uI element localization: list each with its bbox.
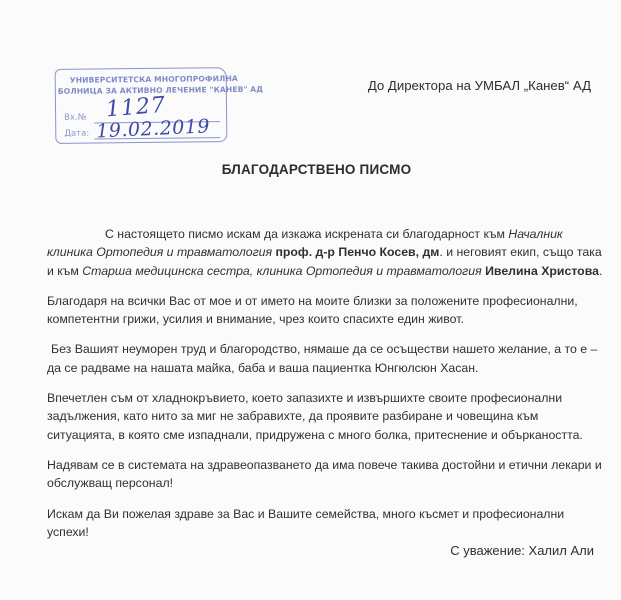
paragraph-5: Надявам се в системата на здравеопазване… [47, 456, 607, 493]
stamp-incoming-label: Вх.№ [64, 113, 87, 123]
letter-body: С настоящето писмо искам да изкажа искре… [47, 225, 607, 553]
stamp-date-label: Дата: [64, 129, 89, 139]
paragraph-2: Благодаря на всички Вас от мое и от имет… [47, 292, 607, 329]
signature: С уважение: Халил Али [450, 543, 594, 558]
addressee: До Директора на УМБАЛ „Канев“ АД [368, 78, 591, 93]
letter-page: УНИВЕРСИТЕТСКА МНОГОПРОФИЛНА БОЛНИЦА ЗА … [0, 0, 621, 600]
paragraph-6: Искам да Ви пожелая здраве за Вас и Ваши… [47, 505, 607, 542]
p1-nurse-name: Ивелина Христова [485, 264, 599, 278]
p1-text-5: . [599, 264, 602, 278]
stamp-institution-line1: УНИВЕРСИТЕТСКА МНОГОПРОФИЛНА [70, 74, 238, 85]
p1-nurse-title: Старша медицинска сестра, клиника Ортопе… [82, 264, 481, 278]
letter-title: БЛАГОДАРСТВЕНО ПИСМО [0, 162, 621, 177]
paragraph-3: Без Вашият неуморен труд и благородство,… [47, 340, 607, 377]
p1-text-1: С настоящето писмо искам да изкажа искре… [105, 227, 508, 241]
paragraph-1: С настоящето писмо искам да изкажа искре… [47, 225, 607, 280]
registration-stamp: УНИВЕРСИТЕТСКА МНОГОПРОФИЛНА БОЛНИЦА ЗА … [55, 67, 228, 144]
paragraph-4: Впечетлен съм от хладнокръвието, което з… [47, 389, 607, 444]
p1-doctor-name: проф. д-р Пенчо Косев, дм [275, 245, 439, 259]
